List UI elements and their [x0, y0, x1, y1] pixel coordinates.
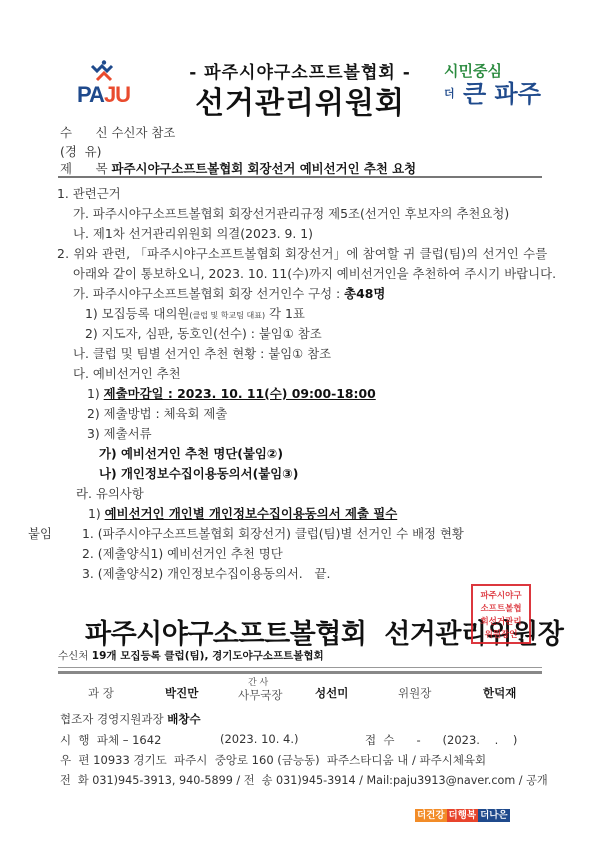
section-2-item-b: 나. 클럽 및 팀별 선거인 추천 현황 : 붙임① 참조: [73, 344, 331, 362]
role-secretary: 사무국장: [238, 687, 282, 703]
deadline: 제출마감일 : 2023. 10. 11(수) 09:00-18:00: [104, 386, 376, 401]
divider: [58, 667, 542, 668]
divider: [58, 176, 542, 178]
subject-row: 제 목 파주시야구소프트볼협회 회장선거 예비선거인 추천 요청: [60, 159, 416, 177]
approval-line: 과 장 박진만 간 사 사무국장 성선미 위원장 한덕재: [58, 681, 542, 705]
submission-method: 2) 제출방법 : 체육회 제출: [87, 404, 227, 422]
section-2-line2: 아래와 같이 통보하오니, 2023. 10. 11(수)까지 예비선거인을 추…: [73, 264, 556, 282]
postal-address: 우 편 10933 경기도 파주시 중앙로 160 (금능동) 파주스타디움 내…: [60, 752, 486, 768]
section-1-heading: 1. 관련근거: [57, 184, 121, 202]
slogan-line2: 더 큰 파주: [444, 81, 544, 107]
recipients-value: 19개 모집등록 클럽(팀), 경기도야구소프트볼협회: [92, 650, 324, 662]
total-voters: 총48명: [344, 286, 385, 301]
recipient-row: 수 신 수신자 참조: [60, 123, 175, 141]
receipt-info: 접 수 - (2023. . ): [365, 732, 517, 748]
name-section-chief: 박진만: [165, 685, 198, 701]
divider-thick: [58, 671, 542, 674]
contact-info: 전 화 031)945-3913, 940-5899 / 전 송 031)945…: [60, 772, 548, 788]
official-seal: 파주시야구 소프트볼협 회선거관리 위원장인: [471, 584, 531, 644]
role-chairman: 위원장: [398, 685, 431, 701]
attachment-3: 3. (제출양식2) 개인정보수집이용동의서. 끝.: [82, 564, 330, 582]
enforcement-number: 시 행 파체 – 1642: [60, 732, 161, 748]
attachment-2: 2. (제출양식1) 예비선거인 추천 명단: [82, 544, 283, 562]
role-section-chief: 과 장: [88, 685, 114, 701]
section-2-a-1: 1) 모집등록 대의원(클럽 및 학교팀 대표) 각 1표: [85, 304, 305, 322]
section-1-item-a: 가. 파주시야구소프트볼협회 회장선거관리규정 제5조(선거인 후보자의 추천요…: [73, 204, 509, 222]
cooperator-row: 협조자 경영지원과장 배창수: [60, 711, 201, 727]
attachment-1: 1. (파주시야구소프트볼협회 회장선거) 클럽(팀)별 선거인 수 배정 현황: [82, 524, 464, 542]
recipient-value: 수신자 참조: [112, 125, 176, 140]
footer-slogan: 더건강 더행복 더나은: [415, 809, 510, 822]
doc-b: 나) 개인정보수집이용동의서(붙임③): [99, 464, 298, 482]
enforcement-date: (2023. 10. 4.): [220, 732, 298, 746]
city-slogan-logo: 시민중심 더 큰 파주: [444, 60, 544, 107]
recipient-label: 수 신: [60, 125, 108, 140]
section-1-item-b: 나. 제1차 선거관리위원회 의결(2023. 9. 1): [73, 224, 313, 242]
doc-a: 가) 예비선거인 추천 명단(붙임②): [99, 444, 283, 462]
section-2-item-a: 가. 파주시야구소프트볼협회 회장 선거인수 구성 : 총48명: [73, 284, 385, 302]
subject-label: 제 목: [60, 161, 108, 176]
via-label: (경 유): [60, 142, 101, 160]
cooperator-name: 배창수: [167, 712, 200, 726]
slogan-happiness: 더행복: [447, 809, 479, 822]
deadline-row: 1) 제출마감일 : 2023. 10. 11(수) 09:00-18:00: [87, 384, 376, 402]
recipients-row: 수신처 19개 모집등록 클럽(팀), 경기도야구소프트볼협회: [58, 648, 324, 663]
name-chairman: 한덕재: [483, 685, 516, 701]
notice: 예비선거인 개인별 개인정보수집이용동의서 제출 필수: [105, 506, 398, 521]
slogan-line1: 시민중심: [444, 60, 544, 81]
slogan-better: 더나은: [478, 809, 510, 822]
slogan-health: 더건강: [415, 809, 447, 822]
subject-value: 파주시야구소프트볼협회 회장선거 예비선거인 추천 요청: [112, 161, 417, 176]
section-2-line1: 2. 위와 관련, 「파주시야구소프트볼협회 회장선거」에 참여할 귀 클럽(팀…: [57, 244, 547, 262]
section-2-a-2: 2) 지도자, 심판, 동호인(선수) : 붙임① 참조: [85, 324, 322, 342]
notice-row: 1) 예비선거인 개인별 개인정보수집이용동의서 제출 필수: [88, 504, 397, 522]
section-2-item-d: 라. 유의사항: [76, 484, 144, 502]
submission-docs: 3) 제출서류: [87, 424, 152, 442]
attachment-label: 붙임: [28, 524, 52, 542]
name-secretary: 성선미: [315, 685, 348, 701]
section-2-item-c: 다. 예비선거인 추천: [73, 364, 181, 382]
